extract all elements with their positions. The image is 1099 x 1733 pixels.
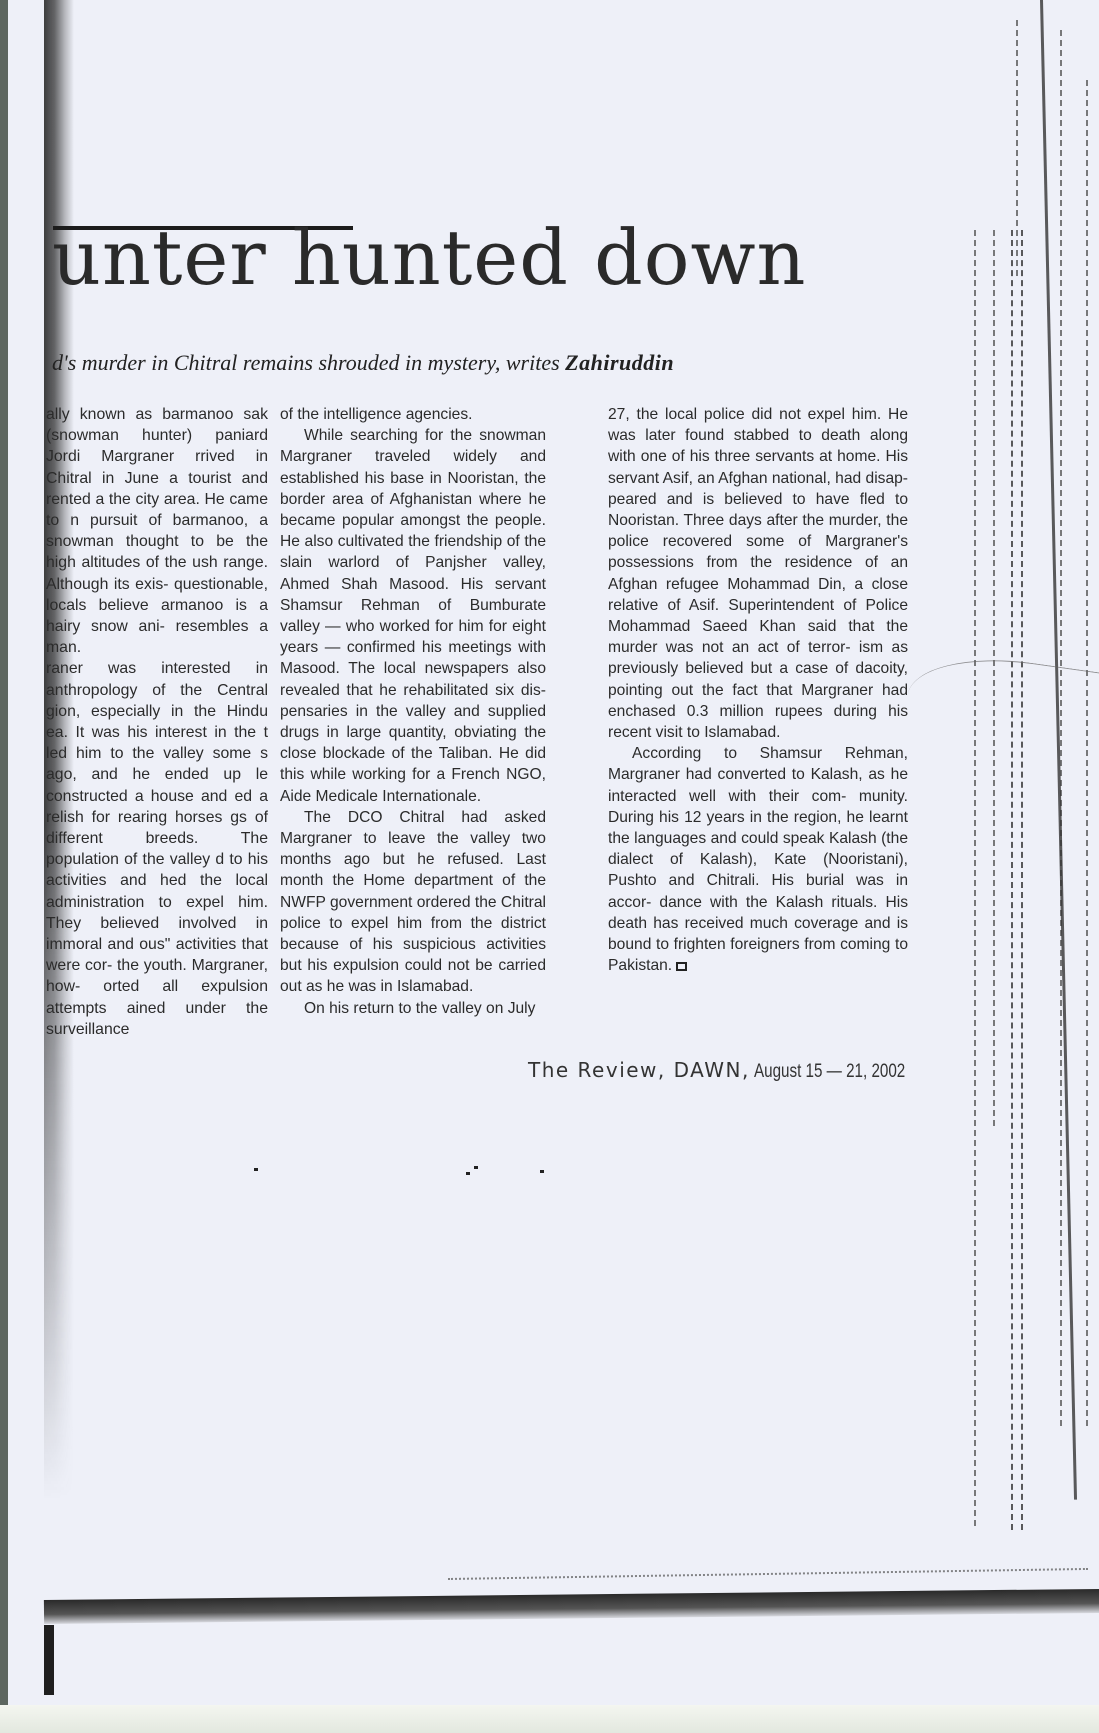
speck bbox=[254, 1168, 258, 1171]
scanned-page: unter hunted down d's murder in Chitral … bbox=[8, 0, 1099, 1733]
paragraph: raner was interested in anthropology of … bbox=[46, 658, 268, 1040]
paragraph: of the intelligence agencies. bbox=[280, 404, 546, 425]
scan-artifact-curve bbox=[903, 646, 1099, 754]
byline: Zahiruddin bbox=[565, 350, 674, 375]
paragraph: The DCO Chitral had asked Margraner to l… bbox=[280, 807, 546, 998]
standfirst-text: d's murder in Chitral remains shrouded i… bbox=[52, 350, 565, 375]
end-mark-icon bbox=[676, 962, 687, 971]
article-column-1: ally known as barmanoo sak (snowman hunt… bbox=[46, 404, 268, 1040]
paragraph: ally known as barmanoo sak (snowman hunt… bbox=[46, 404, 268, 658]
paragraph: While searching for the snowman Margrane… bbox=[280, 425, 546, 807]
source-credit: The Review, DAWN, August 15 — 21, 2002 bbox=[528, 1058, 943, 1083]
headline: unter hunted down bbox=[52, 220, 806, 296]
speck bbox=[540, 1170, 544, 1173]
scan-artifact-strip bbox=[1011, 230, 1023, 1530]
paragraph: 27, the local police did not expel him. … bbox=[608, 404, 908, 743]
scan-artifact-bottom-shadow bbox=[44, 1589, 1099, 1624]
standfirst: d's murder in Chitral remains shrouded i… bbox=[52, 350, 674, 376]
source-publication: The Review, DAWN, bbox=[528, 1058, 750, 1082]
scan-artifact-dotted-line bbox=[448, 1568, 1088, 1581]
scan-artifact-corner bbox=[44, 1625, 54, 1695]
article-column-2: of the intelligence agencies. While sear… bbox=[280, 404, 546, 1019]
scanner-bed-edge bbox=[0, 1705, 1099, 1733]
paragraph: According to Shamsur Rehman, Margraner h… bbox=[608, 743, 908, 976]
scan-artifact-line bbox=[974, 230, 976, 1530]
paragraph: On his return to the valley on July bbox=[280, 998, 546, 1019]
paragraph-text: According to Shamsur Rehman, Margraner h… bbox=[608, 745, 908, 974]
source-date: August 15 — 21, 2002 bbox=[754, 1061, 905, 1083]
speck bbox=[466, 1172, 470, 1175]
scan-artifact-line bbox=[1086, 80, 1088, 1430]
article-column-3: 27, the local police did not expel him. … bbox=[608, 404, 908, 976]
speck bbox=[474, 1166, 478, 1169]
